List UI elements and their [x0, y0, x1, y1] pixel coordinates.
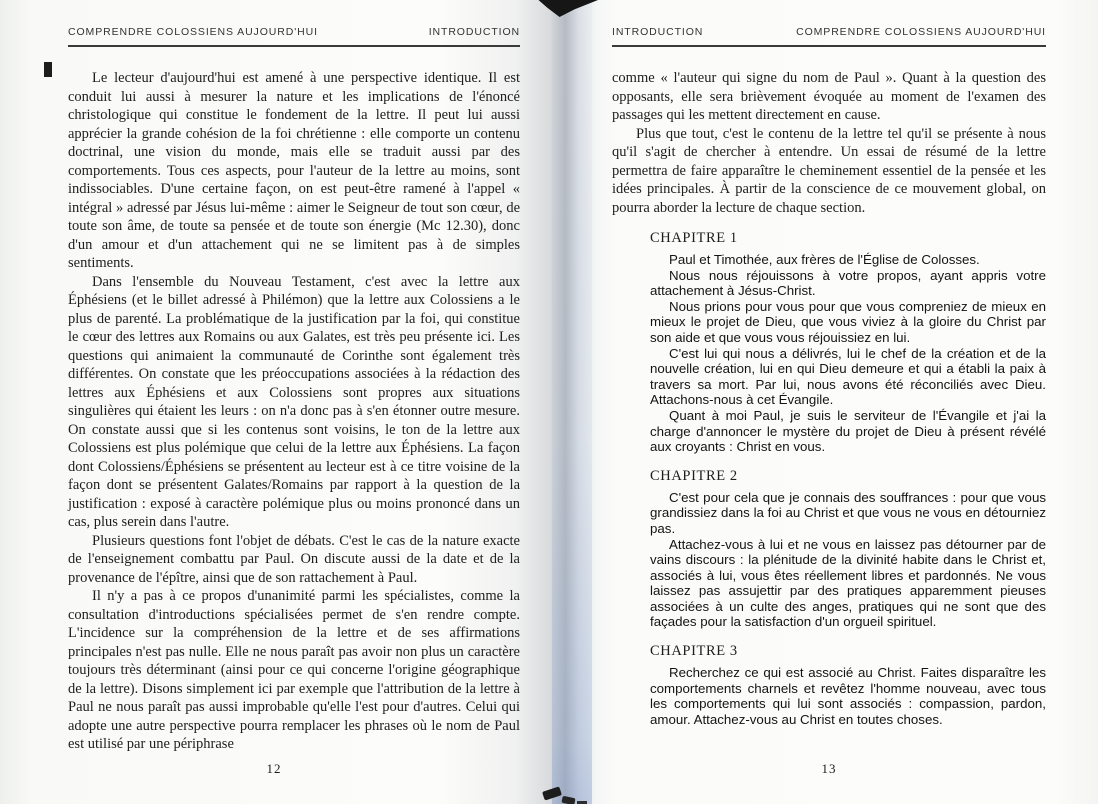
scan-mark-left-edge [44, 62, 52, 77]
scan-mark-bottom-spine-1 [542, 786, 562, 800]
chapter-paragraph: C'est lui qui nous a délivrés, lui le ch… [650, 346, 1046, 408]
paragraph: Dans l'ensemble du Nouveau Testament, c'… [68, 273, 520, 532]
chapter-summary-2: CHAPITRE 2 C'est pour cela que je connai… [650, 468, 1046, 630]
left-header-book-title: COMPRENDRE COLOSSIENS AUJOURD'HUI [68, 26, 318, 38]
paragraph: Le lecteur d'aujourd'hui est amené à une… [68, 69, 520, 273]
paragraph: Il n'y a pas à ce propos d'unanimité par… [68, 587, 520, 754]
chapter-2-heading: CHAPITRE 2 [650, 468, 1046, 485]
chapter-paragraph: Quant à moi Paul, je suis le serviteur d… [650, 408, 1046, 455]
book-scan-spread: { "left_page": { "header_title": "COMPRE… [0, 0, 1098, 804]
chapter-3-heading: CHAPITRE 3 [650, 643, 1046, 660]
right-header-section-title: INTRODUCTION [612, 26, 703, 38]
right-page: INTRODUCTION COMPRENDRE COLOSSIENS AUJOU… [612, 26, 1046, 727]
scan-mark-bottom-spine-2 [561, 796, 575, 804]
left-page-number: 12 [48, 761, 500, 777]
right-body-text: comme « l'auteur qui signe du nom de Pau… [612, 69, 1046, 727]
chapter-summary-1: CHAPITRE 1 Paul et Timothée, aux frères … [650, 230, 1046, 455]
chapter-paragraph: Nous nous réjouissons à votre propos, ay… [650, 268, 1046, 299]
left-running-header: COMPRENDRE COLOSSIENS AUJOURD'HUI INTROD… [68, 26, 520, 47]
chapter-paragraph: Nous prions pour vous pour que vous comp… [650, 299, 1046, 346]
left-header-section-title: INTRODUCTION [429, 26, 520, 38]
left-page: COMPRENDRE COLOSSIENS AUJOURD'HUI INTROD… [68, 26, 520, 754]
chapter-1-heading: CHAPITRE 1 [650, 230, 1046, 247]
right-running-header: INTRODUCTION COMPRENDRE COLOSSIENS AUJOU… [612, 26, 1046, 47]
right-page-number: 13 [612, 761, 1046, 777]
chapter-paragraph: C'est pour cela que je connais des souff… [650, 490, 1046, 537]
right-header-book-title: COMPRENDRE COLOSSIENS AUJOURD'HUI [796, 26, 1046, 38]
chapter-summary-3: CHAPITRE 3 Recherchez ce qui est associé… [650, 643, 1046, 727]
chapter-paragraph: Attachez-vous à lui et ne vous en laisse… [650, 537, 1046, 631]
left-body-text: Le lecteur d'aujourd'hui est amené à une… [68, 69, 520, 754]
chapter-paragraph: Recherchez ce qui est associé au Christ.… [650, 665, 1046, 727]
gutter-blue-tint [552, 0, 592, 804]
scan-mark-top-spine [536, 0, 598, 17]
paragraph: comme « l'auteur qui signe du nom de Pau… [612, 69, 1046, 125]
paragraph: Plusieurs questions font l'objet de déba… [68, 532, 520, 588]
paragraph: Plus que tout, c'est le contenu de la le… [612, 125, 1046, 218]
chapter-paragraph: Paul et Timothée, aux frères de l'Église… [650, 252, 1046, 268]
